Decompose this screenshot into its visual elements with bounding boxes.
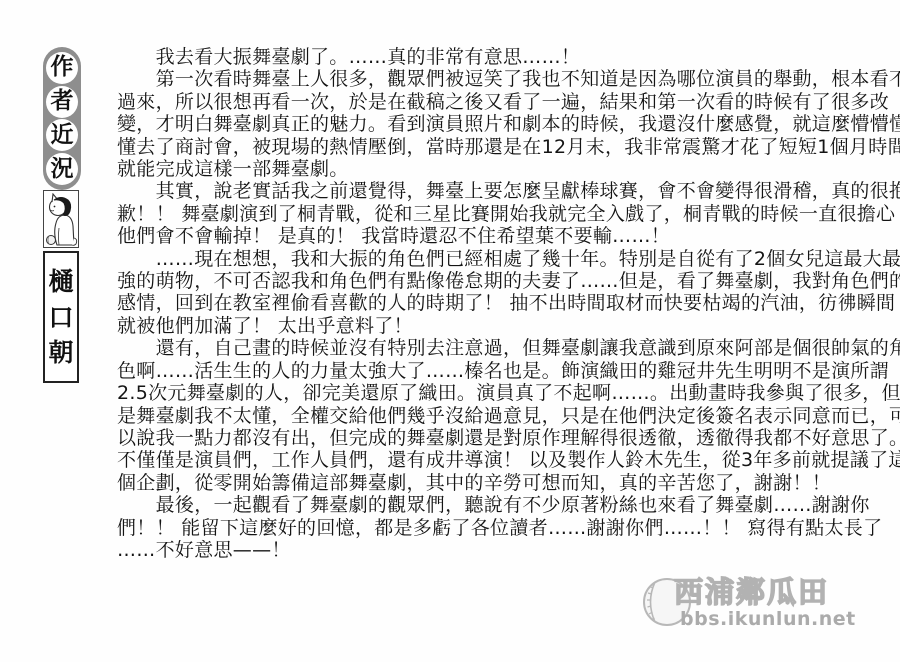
author-status-badge: 作 者 近 況 — [43, 47, 81, 190]
author-name-char: 樋 — [48, 269, 73, 294]
badge-char: 作 — [46, 52, 78, 84]
afterword-line: 他們會不會輸掉！ 是真的！ 我當時還忍不住希望葉不要輸……！ — [117, 225, 892, 247]
afterword-line: 最後，一起觀看了舞臺劇的觀眾們，聽說有不少原著粉絲也來看了舞臺劇……謝謝你 — [117, 494, 892, 516]
afterword-text-block: 我去看大振舞臺劇了。……真的非常有意思……！ 第一次看時舞臺上人很多，觀眾們被逗… — [117, 46, 892, 561]
afterword-line: ……現在想想，我和大振的角色們已經相處了幾十年。特別是自從有了2個女兒這最大最 — [117, 248, 892, 270]
afterword-line: 第一次看時舞臺上人很多，觀眾們被逗笑了我也不知道是因為哪位演員的舉動，根本看不 — [117, 68, 892, 90]
author-name-char: 口 — [48, 305, 73, 330]
watermark-site-url: bbs.ikunlun.net — [680, 608, 856, 630]
afterword-line: 變，才明白舞臺劇真正的魅力。看到演員照片和劇本的時候，我還沒什麼感覺，就這麼懵懵… — [117, 113, 892, 135]
afterword-line: 歉！！ 舞臺劇演到了桐青戰，從和三星比賽開始我就完全入戲了，桐青戰的時候一直很擔… — [117, 203, 892, 225]
afterword-line: 不僅僅是演員們，工作人員們，還有成井導演！ 以及製作人鈴木先生，從3年多前就提議… — [117, 449, 892, 471]
afterword-line: 以說我一點力都沒有出，但完成的舞臺劇還是對原作理解得很透徹，透徹得我都不好意思了… — [117, 427, 892, 449]
afterword-line: 2.5次元舞臺劇的人，卻完美還原了織田。演員真了不起啊……。出動畫時我參與了很多… — [117, 382, 892, 404]
badge-char: 者 — [46, 86, 78, 118]
afterword-line: 懂去了商討會，被現場的熱情壓倒，當時那還是在12月末，我非常震驚才花了短短1個月… — [117, 136, 892, 158]
author-mascot-illustration — [43, 190, 79, 248]
afterword-line: 色啊……活生生的人的力量太強大了……榛名也是。飾演織田的雞冠井先生明明不是演所謂 — [117, 360, 892, 382]
afterword-line: 還有，自己畫的時候並沒有特別去注意過，但舞臺劇讓我意識到原來阿部是個很帥氣的角 — [117, 337, 892, 359]
afterword-line: 我去看大振舞臺劇了。……真的非常有意思……！ — [117, 46, 892, 68]
afterword-line: 個企劃，從零開始籌備這部舞臺劇，其中的辛勞可想而知，真的辛苦您了，謝謝！！ — [117, 472, 892, 494]
afterword-line: 是舞臺劇我不太懂，全權交給他們幾乎沒給過意見，只是在他們決定後簽名表示同意而已，… — [117, 405, 892, 427]
afterword-line: ……不好意思——！ — [117, 539, 892, 561]
afterword-line: 就被他們加滿了！ 太出乎意料了！ — [117, 315, 892, 337]
author-name-char: 朝 — [48, 340, 73, 365]
afterword-line: 感情，回到在教室裡偷看喜歡的人的時期了！ 抽不出時間取材而快要枯竭的汽油，彷彿瞬… — [117, 292, 892, 314]
dog-with-ball-icon — [45, 193, 78, 247]
afterword-line: 們！！ 能留下這麼好的回憶，都是多虧了各位讀者……謝謝你們……！！ 寫得有點太長… — [117, 517, 892, 539]
afterword-line: 就能完成這樣一部舞臺劇。 — [117, 158, 892, 180]
watermark-site-name: 西浦鄰瓜田 — [674, 578, 829, 607]
afterword-line: 其實，說老實話我之前還覺得，舞臺上要怎麼呈獻棒球賽，會不會變得很滑稽，真的很抱 — [117, 180, 892, 202]
author-name: 樋 口 朝 — [43, 251, 79, 383]
watermark: 西浦鄰瓜田 bbs.ikunlun.net — [646, 576, 866, 646]
author-sidebar: 作 者 近 況 樋 口 朝 — [43, 47, 83, 383]
afterword-line: 強的萌物，不可否認我和角色們有點像倦怠期的夫妻了……但是，看了舞臺劇，我對角色們… — [117, 270, 892, 292]
badge-char: 近 — [46, 119, 78, 151]
afterword-line: 過來，所以很想再看一次，於是在截稿之後又看了一遍，結果和第一次看的時候有了很多改 — [117, 91, 892, 113]
badge-char: 況 — [46, 153, 78, 185]
